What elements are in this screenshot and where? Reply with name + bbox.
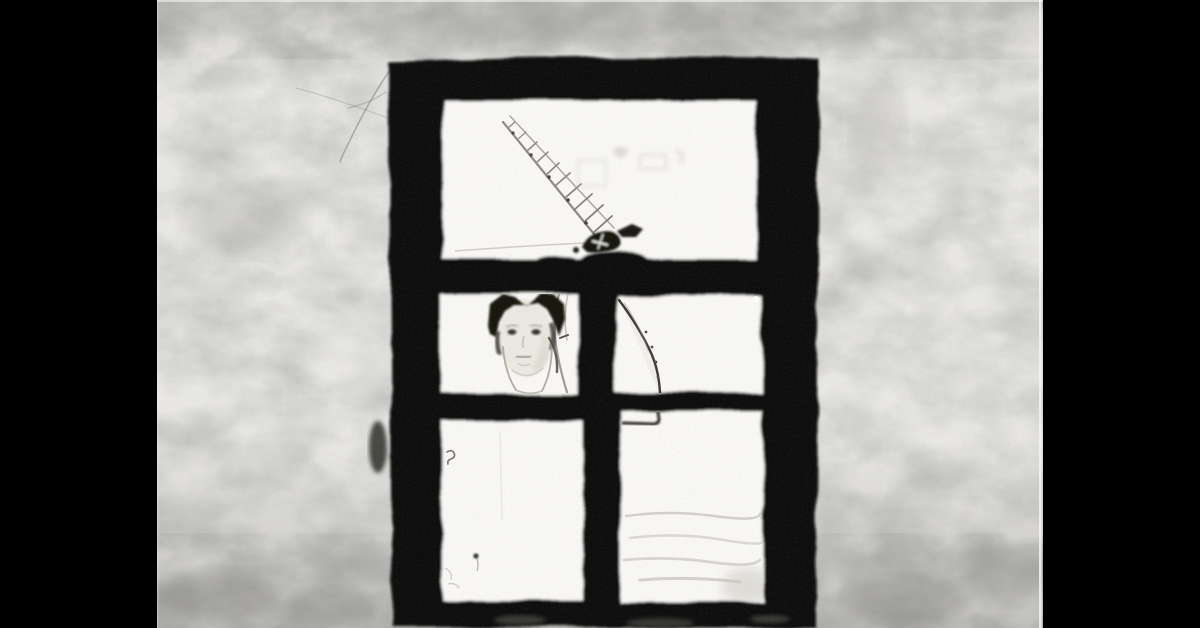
film-grain-overlay: [157, 0, 1043, 628]
left-letterbox-bar: [0, 0, 157, 628]
right-letterbox-bar: [1043, 0, 1200, 628]
photo: [157, 0, 1045, 628]
film-still: [0, 0, 1200, 628]
right-edge-highlight: [1039, 0, 1042, 628]
top-edge-highlight: [157, 0, 1043, 2]
left-edge-highlight: [157, 0, 159, 628]
film-still-canvas: [0, 0, 1200, 628]
